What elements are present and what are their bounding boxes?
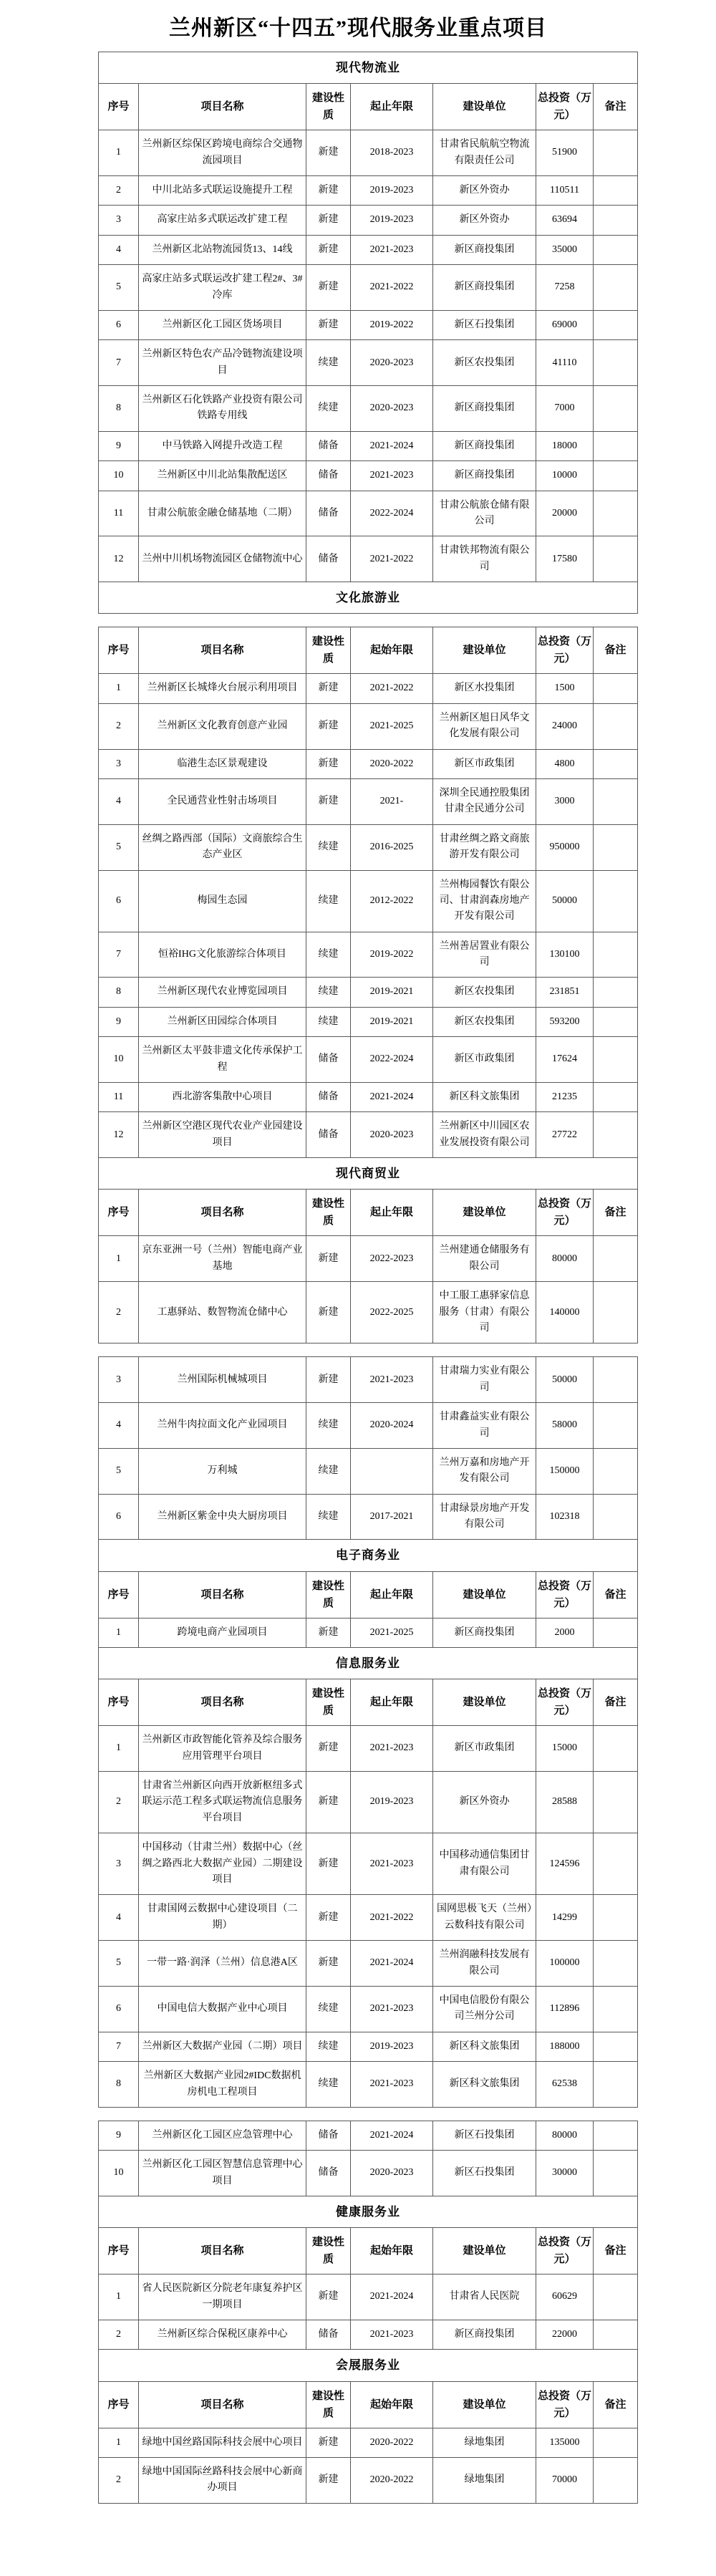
col-header-build-nature: 建设性质 — [306, 1679, 351, 1726]
cell-investment: 62538 — [536, 2062, 594, 2108]
cell-build-nature: 续建 — [306, 2062, 351, 2108]
section-banner: 文化旅游业 — [99, 582, 638, 614]
cell-years: 2020-2023 — [351, 1112, 433, 1158]
col-header-seq: 序号 — [99, 1679, 139, 1726]
cell-build-unit: 新区商投集团 — [433, 1618, 536, 1647]
cell-remark — [594, 1112, 638, 1158]
cell-seq: 1 — [99, 2428, 139, 2457]
cell-investment: 80000 — [536, 2121, 594, 2150]
cell-build-unit: 新区外资办 — [433, 175, 536, 205]
cell-project-name: 兰州新区现代农业博览园项目 — [139, 978, 306, 1007]
section-banner: 现代商贸业 — [99, 1158, 638, 1190]
cell-remark — [594, 2320, 638, 2350]
cell-seq: 9 — [99, 2121, 139, 2150]
cell-remark — [594, 1494, 638, 1540]
cell-years: 2018-2023 — [351, 130, 433, 176]
cell-project-name: 兰州新区紫金中央大厨房项目 — [139, 1494, 306, 1540]
table-row: 9中马铁路入网提升改造工程储备2021-2024新区商投集团18000 — [99, 431, 638, 460]
table-row: 8兰州新区现代农业博览园项目续建2019-2021新区农投集团231851 — [99, 978, 638, 1007]
cell-remark — [594, 386, 638, 432]
cell-years: 2019-2022 — [351, 310, 433, 339]
table-row: 7兰州新区大数据产业园（二期）项目续建2019-2023新区科文旅集团18800… — [99, 2032, 638, 2061]
cell-build-unit: 新区石投集团 — [433, 310, 536, 339]
cell-remark — [594, 206, 638, 235]
cell-seq: 10 — [99, 461, 139, 491]
cell-investment: 2000 — [536, 1618, 594, 1647]
project-table-block-1: 现代物流业序号项目名称建设性质起止年限建设单位总投资（万元）备注1兰州新区综保区… — [98, 52, 638, 614]
cell-project-name: 兰州新区化工园区智慧信息管理中心项目 — [139, 2151, 306, 2196]
cell-build-nature: 新建 — [306, 1282, 351, 1344]
cell-project-name: 丝绸之路西部（国际）文商旅综合生态产业区 — [139, 824, 306, 870]
cell-build-unit: 新区商投集团 — [433, 431, 536, 460]
cell-remark — [594, 2121, 638, 2150]
table-row: 12兰州新区空港区现代农业产业园建设项目储备2020-2023兰州新区中川园区农… — [99, 1112, 638, 1158]
col-header-seq: 序号 — [99, 1571, 139, 1618]
col-header-project-name: 项目名称 — [139, 1679, 306, 1726]
cell-seq: 12 — [99, 1112, 139, 1158]
cell-years: 2021- — [351, 778, 433, 824]
table-row: 6兰州新区化工园区货场项目新建2019-2022新区石投集团69000 — [99, 310, 638, 339]
cell-investment: 3000 — [536, 778, 594, 824]
table-row: 3中国移动（甘肃兰州）数据中心（丝绸之路西北大数据产业园）二期建设项目新建202… — [99, 1833, 638, 1895]
cell-investment: 50000 — [536, 1357, 594, 1403]
table-row: 2绿地中国国际丝路科技会展中心新商办项目新建2020-2022绿地集团70000 — [99, 2458, 638, 2504]
cell-seq: 7 — [99, 932, 139, 978]
cell-remark — [594, 536, 638, 582]
cell-years: 2021-2022 — [351, 674, 433, 703]
cell-build-nature: 新建 — [306, 2458, 351, 2504]
cell-remark — [594, 1037, 638, 1083]
cell-build-nature: 新建 — [306, 1941, 351, 1987]
cell-remark — [594, 2062, 638, 2108]
cell-build-unit: 新区外资办 — [433, 206, 536, 235]
project-table-block-4: 9兰州新区化工园区应急管理中心储备2021-2024新区石投集团8000010兰… — [98, 2121, 638, 2504]
cell-investment: 70000 — [536, 2458, 594, 2504]
cell-years: 2021-2023 — [351, 2320, 433, 2350]
cell-build-unit: 兰州新区中川园区农业发展投资有限公司 — [433, 1112, 536, 1158]
cell-years: 2021-2024 — [351, 2274, 433, 2320]
col-header-build-nature: 建设性质 — [306, 2228, 351, 2274]
column-header-row: 序号项目名称建设性质起止年限建设单位总投资（万元）备注 — [99, 1190, 638, 1236]
cell-build-nature: 新建 — [306, 130, 351, 176]
table-row: 1省人民医院新区分院老年康复养护区一期项目新建2021-2024甘肃省人民医院6… — [99, 2274, 638, 2320]
cell-years: 2020-2024 — [351, 1403, 433, 1449]
cell-build-unit: 绿地集团 — [433, 2458, 536, 2504]
col-header-seq: 序号 — [99, 1190, 139, 1236]
cell-investment: 17624 — [536, 1037, 594, 1083]
cell-project-name: 兰州牛肉拉面文化产业园项目 — [139, 1403, 306, 1449]
cell-seq: 11 — [99, 1083, 139, 1112]
cell-build-unit: 甘肃绿景房地产开发有限公司 — [433, 1494, 536, 1540]
cell-years: 2017-2021 — [351, 1494, 433, 1540]
col-header-build-nature: 建设性质 — [306, 627, 351, 674]
page-title: 兰州新区“十四五”现代服务业重点项目 — [0, 10, 716, 42]
cell-seq: 10 — [99, 1037, 139, 1083]
cell-build-unit: 兰州新区旭日风华文化发展有限公司 — [433, 703, 536, 749]
cell-project-name: 兰州新区市政智能化管养及综合服务应用管理平台项目 — [139, 1726, 306, 1772]
col-header-build-nature: 建设性质 — [306, 2381, 351, 2428]
cell-build-unit: 兰州建通仓储服务有限公司 — [433, 1236, 536, 1282]
col-header-build-nature: 建设性质 — [306, 84, 351, 130]
cell-remark — [594, 703, 638, 749]
table-row: 2兰州新区综合保税区康养中心储备2021-2023新区商投集团22000 — [99, 2320, 638, 2350]
cell-years: 2022-2025 — [351, 1282, 433, 1344]
col-header-build-unit: 建设单位 — [433, 627, 536, 674]
cell-remark — [594, 2274, 638, 2320]
cell-years: 2021-2022 — [351, 265, 433, 311]
cell-project-name: 绿地中国丝路国际科技会展中心项目 — [139, 2428, 306, 2457]
cell-seq: 1 — [99, 1618, 139, 1647]
cell-years: 2020-2023 — [351, 340, 433, 386]
column-header-row: 序号项目名称建设性质起始年限建设单位总投资（万元）备注 — [99, 627, 638, 674]
cell-years: 2021-2025 — [351, 1618, 433, 1647]
col-header-project-name: 项目名称 — [139, 1190, 306, 1236]
col-header-remark: 备注 — [594, 2381, 638, 2428]
cell-seq: 9 — [99, 431, 139, 460]
section-banner-row: 现代物流业 — [99, 52, 638, 84]
table-row: 1京东亚洲一号（兰州）智能电商产业基地新建2022-2023兰州建通仓储服务有限… — [99, 1236, 638, 1282]
cell-remark — [594, 1618, 638, 1647]
cell-seq: 9 — [99, 1007, 139, 1036]
cell-investment: 7258 — [536, 265, 594, 311]
cell-project-name: 西北游客集散中心项目 — [139, 1083, 306, 1112]
cell-build-unit: 新区石投集团 — [433, 2151, 536, 2196]
cell-seq: 5 — [99, 1941, 139, 1987]
cell-build-unit: 兰州润融科技发展有限公司 — [433, 1941, 536, 1987]
col-header-years: 起止年限 — [351, 84, 433, 130]
cell-project-name: 中国电信大数据产业中心项目 — [139, 1986, 306, 2032]
cell-years: 2016-2025 — [351, 824, 433, 870]
cell-seq: 7 — [99, 2032, 139, 2061]
cell-project-name: 中国移动（甘肃兰州）数据中心（丝绸之路西北大数据产业园）二期建设项目 — [139, 1833, 306, 1895]
cell-years: 2019-2023 — [351, 2032, 433, 2061]
cell-seq: 8 — [99, 2062, 139, 2108]
cell-build-unit: 兰州万嘉和房地产开发有限公司 — [433, 1448, 536, 1494]
column-header-row: 序号项目名称建设性质起止年限建设单位总投资（万元）备注 — [99, 1679, 638, 1726]
cell-investment: 50000 — [536, 870, 594, 932]
cell-years: 2019-2023 — [351, 1772, 433, 1833]
col-header-project-name: 项目名称 — [139, 84, 306, 130]
column-header-row: 序号项目名称建设性质起止年限建设单位总投资（万元）备注 — [99, 1571, 638, 1618]
cell-investment: 14299 — [536, 1895, 594, 1941]
cell-project-name: 兰州新区综合保税区康养中心 — [139, 2320, 306, 2350]
cell-investment: 102318 — [536, 1494, 594, 1540]
cell-investment: 30000 — [536, 2151, 594, 2196]
cell-years: 2022-2024 — [351, 1037, 433, 1083]
cell-investment: 17580 — [536, 536, 594, 582]
cell-remark — [594, 1083, 638, 1112]
cell-seq: 6 — [99, 310, 139, 339]
cell-seq: 5 — [99, 265, 139, 311]
cell-investment: 58000 — [536, 1403, 594, 1449]
cell-remark — [594, 932, 638, 978]
column-header-row: 序号项目名称建设性质起始年限建设单位总投资（万元）备注 — [99, 2381, 638, 2428]
col-header-investment: 总投资（万元） — [536, 1190, 594, 1236]
cell-years: 2021-2023 — [351, 235, 433, 264]
cell-seq: 6 — [99, 870, 139, 932]
table-row: 5万利城续建兰州万嘉和房地产开发有限公司150000 — [99, 1448, 638, 1494]
tables-container: 现代物流业序号项目名称建设性质起止年限建设单位总投资（万元）备注1兰州新区综保区… — [0, 52, 716, 2504]
cell-remark — [594, 2458, 638, 2504]
cell-remark — [594, 1941, 638, 1987]
cell-project-name: 高家庄站多式联运改扩建工程2#、3#冷库 — [139, 265, 306, 311]
cell-build-nature: 新建 — [306, 674, 351, 703]
cell-investment: 63694 — [536, 206, 594, 235]
cell-project-name: 兰州新区石化铁路产业投资有限公司铁路专用线 — [139, 386, 306, 432]
cell-build-nature: 新建 — [306, 1772, 351, 1833]
col-header-investment: 总投资（万元） — [536, 2228, 594, 2274]
cell-investment: 112896 — [536, 1986, 594, 2032]
col-header-years: 起始年限 — [351, 2381, 433, 2428]
cell-investment: 140000 — [536, 1282, 594, 1344]
col-header-seq: 序号 — [99, 84, 139, 130]
cell-build-nature: 新建 — [306, 703, 351, 749]
table-row: 1兰州新区综保区跨境电商综合交通物流园项目新建2018-2023甘肃省民航航空物… — [99, 130, 638, 176]
cell-project-name: 甘肃国网云数据中心建设项目（二期） — [139, 1895, 306, 1941]
cell-build-nature: 续建 — [306, 1403, 351, 1449]
cell-project-name: 甘肃公航旅金融仓储基地（二期） — [139, 491, 306, 536]
cell-remark — [594, 749, 638, 778]
cell-remark — [594, 1236, 638, 1282]
col-header-build-unit: 建设单位 — [433, 1571, 536, 1618]
cell-build-unit: 甘肃省人民医院 — [433, 2274, 536, 2320]
cell-years: 2020-2023 — [351, 2151, 433, 2196]
cell-remark — [594, 265, 638, 311]
cell-remark — [594, 130, 638, 176]
table-row: 3兰州国际机械城项目新建2021-2023甘肃瑞力实业有限公司50000 — [99, 1357, 638, 1403]
cell-build-unit: 新区石投集团 — [433, 2121, 536, 2150]
col-header-build-unit: 建设单位 — [433, 1190, 536, 1236]
cell-build-nature: 新建 — [306, 206, 351, 235]
cell-investment: 135000 — [536, 2428, 594, 2457]
cell-project-name: 兰州新区文化教育创意产业园 — [139, 703, 306, 749]
cell-build-nature: 续建 — [306, 824, 351, 870]
cell-remark — [594, 778, 638, 824]
cell-years — [351, 1448, 433, 1494]
cell-project-name: 兰州新区空港区现代农业产业园建设项目 — [139, 1112, 306, 1158]
section-banner-row: 电子商务业 — [99, 1540, 638, 1571]
cell-build-unit: 兰州梅园餐饮有限公司、甘肃润森房地产开发有限公司 — [433, 870, 536, 932]
cell-years: 2021-2022 — [351, 1895, 433, 1941]
cell-build-unit: 新区水投集团 — [433, 674, 536, 703]
section-banner: 健康服务业 — [99, 2196, 638, 2228]
cell-remark — [594, 1448, 638, 1494]
table-row: 4全民通营业性射击场项目新建2021-深圳全民通控股集团甘肃全民通分公司3000 — [99, 778, 638, 824]
cell-build-unit: 新区市政集团 — [433, 1726, 536, 1772]
cell-build-unit: 中国电信股份有限公司兰州分公司 — [433, 1986, 536, 2032]
cell-investment: 231851 — [536, 978, 594, 1007]
cell-build-unit: 甘肃瑞力实业有限公司 — [433, 1357, 536, 1403]
cell-seq: 1 — [99, 674, 139, 703]
cell-build-nature: 新建 — [306, 1895, 351, 1941]
document-page: 兰州新区“十四五”现代服务业重点项目 现代物流业序号项目名称建设性质起止年限建设… — [0, 0, 716, 2534]
col-header-build-unit: 建设单位 — [433, 1679, 536, 1726]
cell-seq: 6 — [99, 1494, 139, 1540]
cell-project-name: 全民通营业性射击场项目 — [139, 778, 306, 824]
table-row: 8兰州新区大数据产业园2#IDC数据机房机电工程项目续建2021-2023新区科… — [99, 2062, 638, 2108]
cell-build-nature: 续建 — [306, 978, 351, 1007]
col-header-build-unit: 建设单位 — [433, 2228, 536, 2274]
cell-build-nature: 续建 — [306, 2032, 351, 2061]
cell-project-name: 绿地中国国际丝路科技会展中心新商办项目 — [139, 2458, 306, 2504]
cell-years: 2021-2024 — [351, 2121, 433, 2150]
cell-project-name: 中马铁路入网提升改造工程 — [139, 431, 306, 460]
cell-remark — [594, 1833, 638, 1895]
cell-investment: 150000 — [536, 1448, 594, 1494]
cell-years: 2020-2022 — [351, 2458, 433, 2504]
table-row: 4甘肃国网云数据中心建设项目（二期）新建2021-2022国网思极飞天（兰州）云… — [99, 1895, 638, 1941]
table-row: 11甘肃公航旅金融仓储基地（二期）储备2022-2024甘肃公航旅仓储有限公司2… — [99, 491, 638, 536]
cell-build-nature: 新建 — [306, 778, 351, 824]
column-header-row: 序号项目名称建设性质起止年限建设单位总投资（万元）备注 — [99, 84, 638, 130]
cell-build-nature: 新建 — [306, 1618, 351, 1647]
cell-years: 2021-2023 — [351, 1833, 433, 1895]
section-banner-row: 会展服务业 — [99, 2350, 638, 2381]
cell-years: 2021-2023 — [351, 1726, 433, 1772]
cell-investment: 10000 — [536, 461, 594, 491]
cell-remark — [594, 340, 638, 386]
cell-project-name: 京东亚洲一号（兰州）智能电商产业基地 — [139, 1236, 306, 1282]
table-row: 5丝绸之路西部（国际）文商旅综合生态产业区续建2016-2025甘肃丝绸之路文商… — [99, 824, 638, 870]
table-row: 1兰州新区长城烽火台展示利用项目新建2021-2022新区水投集团1500 — [99, 674, 638, 703]
cell-project-name: 兰州新区太平鼓非遗文化传承保护工程 — [139, 1037, 306, 1083]
cell-investment: 80000 — [536, 1236, 594, 1282]
cell-seq: 1 — [99, 1726, 139, 1772]
cell-seq: 1 — [99, 2274, 139, 2320]
cell-investment: 51900 — [536, 130, 594, 176]
cell-remark — [594, 2151, 638, 2196]
cell-build-nature: 续建 — [306, 1986, 351, 2032]
cell-build-unit: 国网思极飞天（兰州）云数科技有限公司 — [433, 1895, 536, 1941]
col-header-remark: 备注 — [594, 1679, 638, 1726]
cell-investment: 41110 — [536, 340, 594, 386]
col-header-seq: 序号 — [99, 627, 139, 674]
cell-years: 2021-2023 — [351, 461, 433, 491]
table-row: 5一带一路·润泽（兰州）信息港A区新建2021-2024兰州润融科技发展有限公司… — [99, 1941, 638, 1987]
cell-seq: 3 — [99, 1833, 139, 1895]
section-banner: 现代物流业 — [99, 52, 638, 84]
cell-build-nature: 新建 — [306, 2428, 351, 2457]
cell-remark — [594, 1282, 638, 1344]
cell-remark — [594, 1726, 638, 1772]
section-banner-row: 信息服务业 — [99, 1648, 638, 1679]
cell-build-unit: 新区商投集团 — [433, 265, 536, 311]
cell-build-nature: 储备 — [306, 2121, 351, 2150]
cell-seq: 3 — [99, 206, 139, 235]
section-banner-row: 现代商贸业 — [99, 1158, 638, 1190]
cell-seq: 5 — [99, 824, 139, 870]
cell-seq: 11 — [99, 491, 139, 536]
cell-investment: 69000 — [536, 310, 594, 339]
cell-remark — [594, 491, 638, 536]
cell-project-name: 临港生态区景观建设 — [139, 749, 306, 778]
cell-years: 2022-2024 — [351, 491, 433, 536]
table-row: 6梅园生态园续建2012-2022兰州梅园餐饮有限公司、甘肃润森房地产开发有限公… — [99, 870, 638, 932]
table-row: 7恒裕IHG文化旅游综合体项目续建2019-2022兰州善居置业有限公司1301… — [99, 932, 638, 978]
table-row: 4兰州新区北站物流园货13、14线新建2021-2023新区商投集团35000 — [99, 235, 638, 264]
cell-remark — [594, 1895, 638, 1941]
cell-project-name: 兰州新区化工园区货场项目 — [139, 310, 306, 339]
col-header-remark: 备注 — [594, 627, 638, 674]
table-row: 3高家庄站多式联运改扩建工程新建2019-2023新区外资办63694 — [99, 206, 638, 235]
cell-project-name: 兰州新区长城烽火台展示利用项目 — [139, 674, 306, 703]
cell-years: 2020-2023 — [351, 386, 433, 432]
cell-build-nature: 续建 — [306, 1007, 351, 1036]
cell-seq: 10 — [99, 2151, 139, 2196]
cell-years: 2021-2024 — [351, 1083, 433, 1112]
cell-investment: 20000 — [536, 491, 594, 536]
cell-build-nature: 新建 — [306, 2274, 351, 2320]
col-header-project-name: 项目名称 — [139, 1571, 306, 1618]
section-banner-row: 健康服务业 — [99, 2196, 638, 2228]
cell-seq: 2 — [99, 703, 139, 749]
cell-seq: 4 — [99, 778, 139, 824]
cell-seq: 4 — [99, 1403, 139, 1449]
cell-remark — [594, 1357, 638, 1403]
cell-remark — [594, 310, 638, 339]
cell-years: 2020-2022 — [351, 2428, 433, 2457]
table-row: 8兰州新区石化铁路产业投资有限公司铁路专用线续建2020-2023新区商投集团7… — [99, 386, 638, 432]
cell-investment: 21235 — [536, 1083, 594, 1112]
cell-build-nature: 续建 — [306, 386, 351, 432]
cell-investment: 28588 — [536, 1772, 594, 1833]
cell-build-nature: 新建 — [306, 1357, 351, 1403]
cell-build-unit: 新区商投集团 — [433, 461, 536, 491]
cell-build-nature: 储备 — [306, 2320, 351, 2350]
table-row: 10兰州新区中川北站集散配送区储备2021-2023新区商投集团10000 — [99, 461, 638, 491]
cell-years: 2021-2025 — [351, 703, 433, 749]
cell-remark — [594, 2428, 638, 2457]
cell-build-unit: 甘肃公航旅仓储有限公司 — [433, 491, 536, 536]
column-header-row: 序号项目名称建设性质起始年限建设单位总投资（万元）备注 — [99, 2228, 638, 2274]
cell-investment: 35000 — [536, 235, 594, 264]
cell-build-nature: 储备 — [306, 2151, 351, 2196]
table-row: 12兰州中川机场物流园区仓储物流中心储备2021-2022甘肃铁邦物流有限公司1… — [99, 536, 638, 582]
cell-investment: 60629 — [536, 2274, 594, 2320]
cell-seq: 2 — [99, 1282, 139, 1344]
section-banner-row: 文化旅游业 — [99, 582, 638, 614]
cell-build-unit: 新区商投集团 — [433, 386, 536, 432]
cell-remark — [594, 870, 638, 932]
cell-seq: 5 — [99, 1448, 139, 1494]
cell-seq: 8 — [99, 978, 139, 1007]
cell-build-nature: 储备 — [306, 461, 351, 491]
cell-investment: 27722 — [536, 1112, 594, 1158]
cell-build-unit: 绿地集团 — [433, 2428, 536, 2457]
col-header-years: 起止年限 — [351, 1571, 433, 1618]
cell-seq: 4 — [99, 1895, 139, 1941]
cell-project-name: 甘肃省兰州新区向西开放新枢纽多式联运示范工程多式联运物流信息服务平台项目 — [139, 1772, 306, 1833]
table-row: 10兰州新区太平鼓非遗文化传承保护工程储备2022-2024新区市政集团1762… — [99, 1037, 638, 1083]
cell-investment: 15000 — [536, 1726, 594, 1772]
cell-project-name: 兰州新区田园综合体项目 — [139, 1007, 306, 1036]
cell-build-nature: 新建 — [306, 1236, 351, 1282]
cell-build-nature: 续建 — [306, 340, 351, 386]
table-row: 11西北游客集散中心项目储备2021-2024新区科文旅集团21235 — [99, 1083, 638, 1112]
project-table-block-3: 3兰州国际机械城项目新建2021-2023甘肃瑞力实业有限公司500004兰州牛… — [98, 1356, 638, 2108]
cell-project-name: 省人民医院新区分院老年康复养护区一期项目 — [139, 2274, 306, 2320]
cell-build-unit: 新区商投集团 — [433, 235, 536, 264]
cell-build-unit: 甘肃铁邦物流有限公司 — [433, 536, 536, 582]
col-header-build-unit: 建设单位 — [433, 2381, 536, 2428]
cell-investment: 110511 — [536, 175, 594, 205]
cell-seq: 1 — [99, 130, 139, 176]
cell-investment: 130100 — [536, 932, 594, 978]
col-header-investment: 总投资（万元） — [536, 2381, 594, 2428]
cell-build-unit: 中国移动通信集团甘肃有限公司 — [433, 1833, 536, 1895]
cell-remark — [594, 674, 638, 703]
cell-remark — [594, 2032, 638, 2061]
